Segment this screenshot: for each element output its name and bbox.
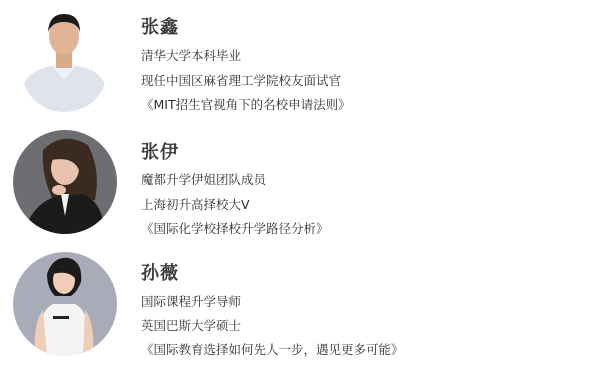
profile-card-3: 孙薇 国际课程升学导师 英国巴斯大学硕士 《国际教育选择如何先人一步，遇见更多可… bbox=[0, 0, 602, 360]
person-detail-1: 国际课程升学导师 bbox=[141, 292, 241, 310]
person-talk-title: 《国际教育选择如何先人一步，遇见更多可能》 bbox=[141, 340, 404, 358]
person-name: 孙薇 bbox=[141, 259, 179, 285]
avatar bbox=[13, 252, 117, 356]
person-detail-2: 英国巴斯大学硕士 bbox=[141, 316, 241, 334]
